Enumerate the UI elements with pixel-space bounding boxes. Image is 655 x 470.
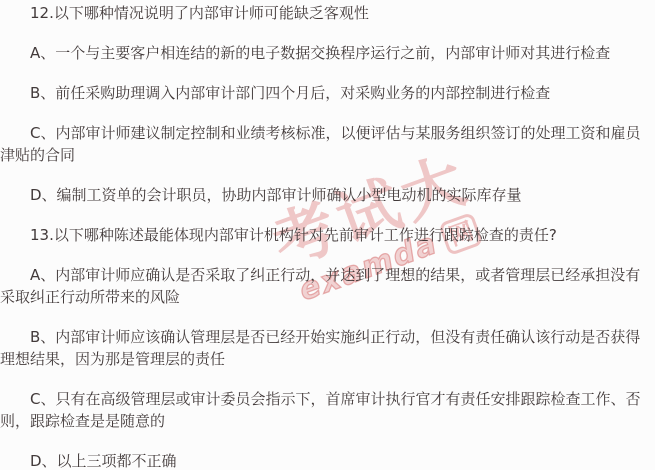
question-12-option-b: B、前任采购助理调入内部审计部门四个月后，对采购业务的内部控制进行检查 xyxy=(0,82,655,104)
question-13-option-b: B、内部审计师应该确认管理层是否已经开始实施纠正行动，但没有责任确认该行动是否获… xyxy=(0,326,655,370)
question-13-option-c: C、只有在高级管理层或审计委员会指示下，首席审计执行官才有责任安排跟踪检查工作、… xyxy=(0,388,655,432)
question-list: 12.以下哪种情况说明了内部审计师可能缺乏客观性 A、一个与主要客户相连结的新的… xyxy=(0,2,655,470)
question-13-stem: 13.以下哪种陈述最能体现内部审计机构针对先前审计工作进行跟踪检查的责任? xyxy=(0,224,655,246)
question-12-option-d: D、编制工资单的会计职员，协助内部审计师确认小型电动机的实际库存量 xyxy=(0,184,655,206)
question-13-option-d: D、以上三项都不正确 xyxy=(0,450,655,470)
question-12-option-c: C、内部审计师建议制定控制和业绩考核标准，以便评估与某服务组织签订的处理工资和雇… xyxy=(0,122,655,166)
exam-question-page: 考试大 examda 网 12.以下哪种情况说明了内部审计师可能缺乏客观性 A、… xyxy=(0,0,655,470)
question-12-stem: 12.以下哪种情况说明了内部审计师可能缺乏客观性 xyxy=(0,2,655,24)
question-12-option-a: A、一个与主要客户相连结的新的电子数据交换程序运行之前，内部审计师对其进行检查 xyxy=(0,42,655,64)
question-13-option-a: A、内部审计师应确认是否采取了纠正行动，并达到了理想的结果，或者管理层已经承担没… xyxy=(0,264,655,308)
